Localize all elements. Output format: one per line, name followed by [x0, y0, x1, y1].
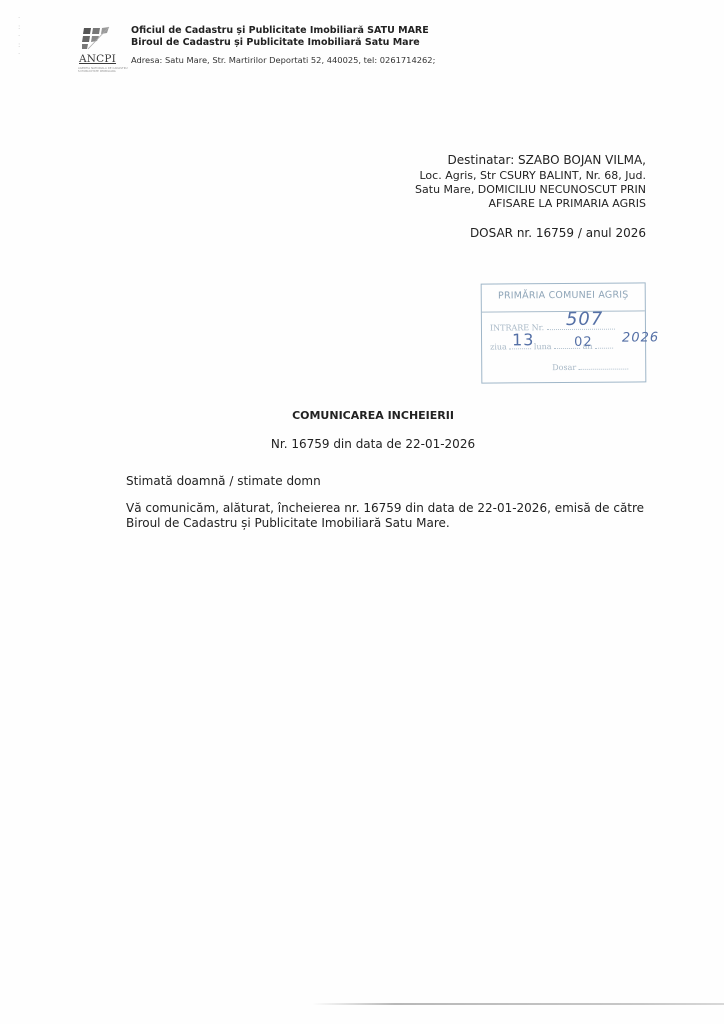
body-paragraph: Vă comunicăm, alăturat, încheierea nr. 1… — [126, 501, 666, 531]
addressee-address-line: Loc. Agris, Str CSURY BALINT, Nr. 68, Ju… — [415, 169, 646, 183]
addressee-address-line: AFISARE LA PRIMARIA AGRIS — [415, 197, 646, 211]
office-name: Oficiul de Cadastru și Publicitate Imobi… — [131, 25, 429, 37]
document-page: ·:·:· ANCPI AGENTIA NATIONALA DE CADASTR… — [0, 0, 724, 1024]
ancpi-logo: ANCPI AGENTIA NATIONALA DE CADASTRU SI P… — [78, 24, 126, 74]
stamp-month-label: luna — [534, 342, 552, 351]
registration-stamp: PRIMĂRIA COMUNEI AGRIȘ INTRARE Nr. ziua … — [481, 282, 647, 383]
addressee-name: Destinatar: SZABO BOJAN VILMA, — [415, 152, 646, 169]
handwritten-month: 02 — [574, 335, 593, 350]
handwritten-day: 13 — [512, 330, 534, 349]
ancpi-logo-icon — [82, 26, 110, 50]
addressee-address-line: Satu Mare, DOMICILIU NECUNOSCUT PRIN — [415, 183, 646, 197]
body-line: Biroul de Cadastru și Publicitate Imobil… — [126, 516, 666, 531]
bureau-name: Biroul de Cadastru și Publicitate Imobil… — [131, 37, 429, 49]
handwritten-entry-number: 507 — [566, 309, 604, 330]
stamp-day-label: ziua — [490, 342, 507, 351]
office-header: Oficiul de Cadastru și Publicitate Imobi… — [131, 25, 429, 49]
document-title: COMUNICAREA INCHEIERII — [0, 409, 724, 422]
stamp-dosar-label: Dosar — [552, 363, 576, 372]
stamp-divider — [482, 310, 645, 312]
office-address: Adresa: Satu Mare, Str. Martirilor Depor… — [131, 55, 435, 65]
scan-edge-line — [312, 1003, 724, 1005]
greeting: Stimată doamnă / stimate domn — [126, 474, 321, 488]
document-subtitle: Nr. 16759 din data de 22-01-2026 — [0, 437, 724, 451]
handwritten-year: 2026 — [622, 330, 659, 345]
logo-text: ANCPI — [79, 53, 116, 65]
addressee-block: Destinatar: SZABO BOJAN VILMA, Loc. Agri… — [415, 152, 646, 211]
dosar-number: DOSAR nr. 16759 / anul 2026 — [470, 226, 646, 240]
stamp-title: PRIMĂRIA COMUNEI AGRIȘ — [482, 289, 645, 301]
body-line: Vă comunicăm, alăturat, încheierea nr. 1… — [126, 501, 666, 516]
scan-artifact: ·:·:· — [18, 14, 30, 74]
stamp-date-row: ziua luna an — [490, 340, 613, 352]
stamp-dosar-dots — [579, 361, 629, 370]
logo-subtext: AGENTIA NATIONALA DE CADASTRU SI PUBLICI… — [78, 67, 128, 73]
stamp-dosar-row: Dosar — [552, 361, 629, 373]
stamp-year-dots — [595, 340, 613, 349]
